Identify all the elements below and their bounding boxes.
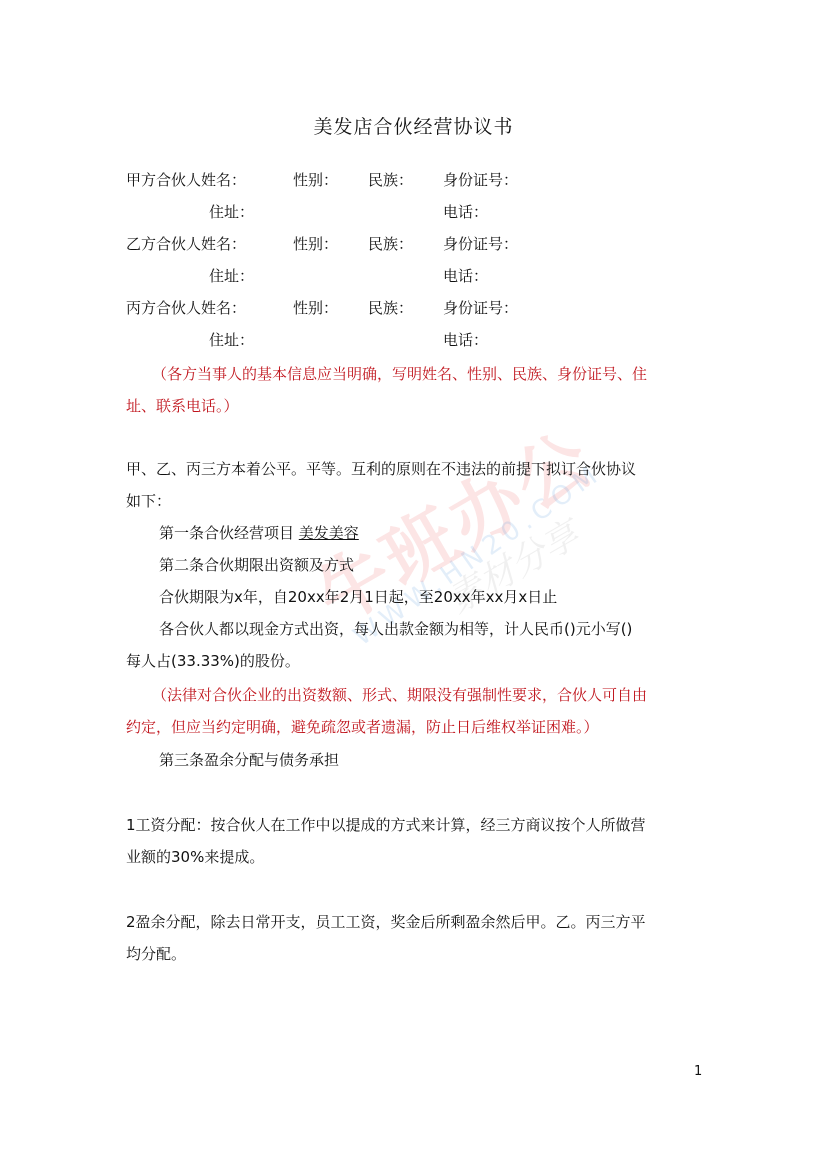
note-contribution-line2: 约定，但应当约定明确，避免疏忽或者遗漏，防止日后维权举证困难。） [126, 717, 599, 737]
document-title: 美发店合伙经营协议书 [0, 112, 827, 139]
page-number: 1 [694, 1064, 702, 1079]
document-page: 牛班办公 WWW.HN20.COM 素材分享 美发店合伙经营协议书 甲方合伙人姓… [0, 0, 827, 1169]
intro-line2: 如下： [126, 491, 171, 511]
party-a-name-label: 甲方合伙人姓名： [126, 170, 246, 190]
intro-line1: 甲、乙、丙三方本着公平。平等。互利的原则在不违法的前提下拟订合伙协议 [126, 459, 636, 479]
article-3-heading: 第三条盈余分配与债务承担 [159, 750, 339, 770]
party-a-phone-label: 电话： [443, 202, 488, 222]
article-1: 第一条合伙经营项目 美发美容 [159, 523, 359, 543]
article-1-label: 第一条合伙经营项目 [159, 524, 299, 542]
party-c-phone-label: 电话： [443, 330, 488, 350]
party-a-ethnicity-label: 民族： [368, 170, 413, 190]
party-c-gender-label: 性别： [293, 298, 338, 318]
article-2-contribution-line2: 每人占(33.33%)的股份。 [126, 651, 300, 671]
note-contribution-line1: （法律对合伙企业的出资数额、形式、期限没有强制性要求，合伙人可自由 [152, 685, 647, 705]
party-a-address-label: 住址： [209, 202, 254, 222]
party-c-id-label: 身份证号： [443, 298, 518, 318]
party-b-address-label: 住址： [209, 266, 254, 286]
party-b-id-label: 身份证号： [443, 234, 518, 254]
clause-2-line2: 均分配。 [126, 944, 186, 964]
party-c-name-label: 丙方合伙人姓名： [126, 298, 246, 318]
party-b-name-label: 乙方合伙人姓名： [126, 234, 246, 254]
article-1-value: 美发美容 [299, 524, 359, 542]
note-party-info-line1: （各方当事人的基本信息应当明确，写明姓名、性别、民族、身份证号、住 [152, 364, 647, 384]
clause-1-line2: 业额的30%来提成。 [126, 847, 264, 867]
clause-2-line1: 2盈余分配，除去日常开支，员工工资，奖金后所剩盈余然后甲。乙。丙三方平 [126, 912, 646, 932]
article-2-heading: 第二条合伙期限出资额及方式 [159, 555, 354, 575]
party-c-address-label: 住址： [209, 330, 254, 350]
party-a-id-label: 身份证号： [443, 170, 518, 190]
party-b-phone-label: 电话： [443, 266, 488, 286]
party-b-ethnicity-label: 民族： [368, 234, 413, 254]
note-party-info-line2: 址、联系电话。） [126, 396, 239, 416]
party-c-ethnicity-label: 民族： [368, 298, 413, 318]
party-a-gender-label: 性别： [293, 170, 338, 190]
party-b-gender-label: 性别： [293, 234, 338, 254]
clause-1-line1: 1工资分配：按合伙人在工作中以提成的方式来计算，经三方商议按个人所做营 [126, 815, 646, 835]
article-2-term: 合伙期限为x年，自20xx年2月1日起，至20xx年xx月x日止 [159, 587, 557, 607]
article-2-contribution-line1: 各合伙人都以现金方式出资，每人出款金额为相等，计人民币()元小写() [159, 619, 632, 639]
